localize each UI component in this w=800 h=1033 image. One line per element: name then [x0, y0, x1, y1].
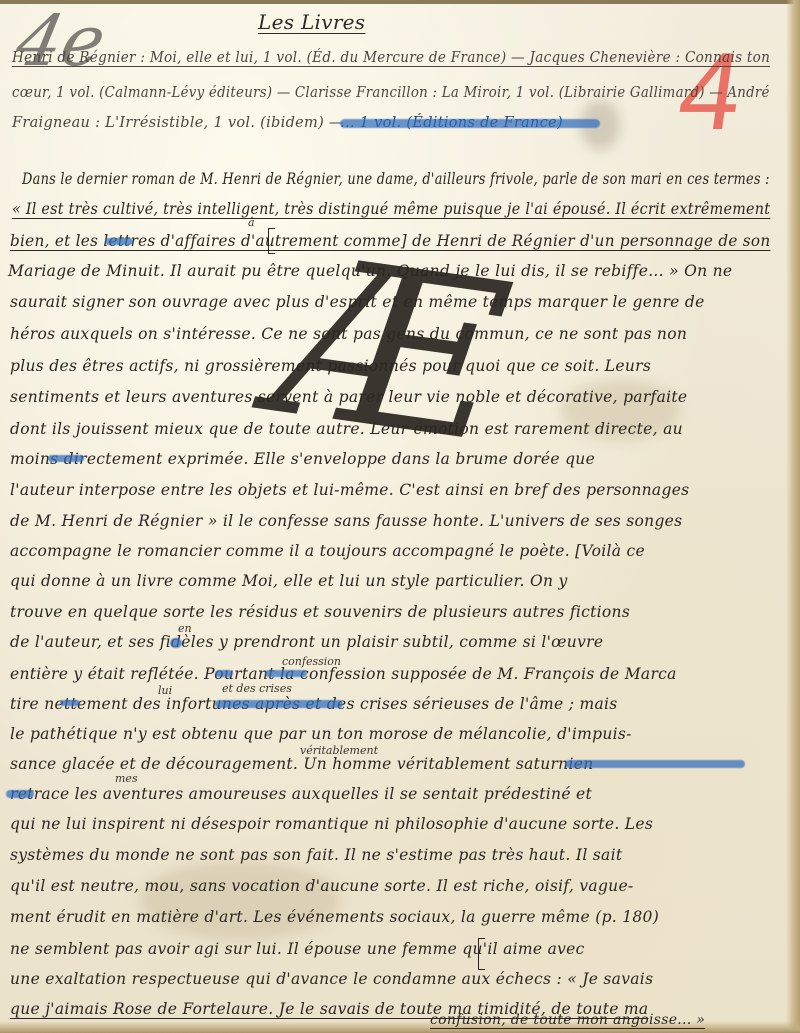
- body-line: accompagne le romancier comme il a toujo…: [10, 542, 645, 560]
- body-line: le pathétique n'y est obtenu que par un …: [10, 725, 632, 743]
- interlinear-insertion: â: [248, 216, 255, 229]
- page-top-edge: [0, 0, 800, 4]
- body-line: ne semblent pas avoir agi sur lui. Il ép…: [10, 940, 585, 958]
- body-line: « Il est très cultivé, très intelligent,…: [12, 200, 770, 218]
- blue-strikethrough: [340, 119, 600, 128]
- body-line: retrace les aventures amoureuses auxquel…: [10, 785, 592, 803]
- reference-line: Henri de Régnier : Moi, elle et lui, 1 v…: [12, 50, 770, 66]
- blue-strikethrough: [105, 238, 133, 245]
- reference-line: cœur, 1 vol. (Calmann-Lévy éditeurs) — C…: [12, 85, 770, 101]
- blue-strikethrough: [265, 670, 307, 677]
- body-line: entière y était reflétée. Pourtant la co…: [10, 665, 677, 683]
- blue-strikethrough: [215, 700, 343, 708]
- paper-stain: [140, 860, 340, 940]
- body-line: qui donne à un livre comme Moi, elle et …: [10, 572, 568, 590]
- body-line: plus des êtres actifs, ni grossièrement …: [10, 357, 651, 375]
- body-line: trouve en quelque sorte les résidus et s…: [10, 603, 630, 621]
- body-line: qui ne lui inspirent ni désespoir romant…: [10, 815, 653, 833]
- body-line: de M. Henri de Régnier » il le confesse …: [10, 512, 682, 530]
- body-line: de l'auteur, et ses fidèles y prendront …: [10, 633, 603, 651]
- body-line: Dans le dernier roman de M. Henri de Rég…: [22, 170, 770, 188]
- body-line: saurait signer son ouvrage avec plus d'e…: [10, 293, 705, 311]
- body-line: Mariage de Minuit. Il aurait pu être que…: [8, 262, 732, 280]
- body-line: une exaltation respectueuse qui d'avance…: [10, 970, 653, 988]
- reference-line: Fraigneau : L'Irrésistible, 1 vol. (ibid…: [12, 115, 344, 131]
- insertion-bracket: [478, 938, 485, 970]
- body-line: dont ils jouissent mieux que de toute au…: [10, 420, 683, 438]
- blue-strikethrough: [6, 790, 34, 798]
- body-line: héros auxquels on s'intéresse. Ce ne son…: [10, 325, 687, 343]
- manuscript-page: 4e 4 Æ Les Livres Henri de Régnier : Moi…: [0, 0, 800, 1033]
- body-line: moins directement exprimée. Elle s'envel…: [10, 450, 595, 468]
- page-right-edge: [786, 0, 800, 1033]
- body-line: ment érudit en matière d'art. Les événem…: [10, 908, 659, 926]
- body-line: confusion, de toute mon angoisse... »: [430, 1012, 705, 1028]
- body-line: sance glacée et de découragement. Un hom…: [10, 755, 593, 773]
- body-line: qu'il est neutre, mou, sans vocation d'a…: [10, 877, 633, 895]
- pencil-margin-mark: 4e: [9, 0, 112, 82]
- interlinear-insertion: mes: [115, 772, 138, 785]
- blue-strikethrough: [48, 455, 84, 462]
- body-line: systèmes du monde ne sont pas son fait. …: [10, 846, 622, 864]
- page-title: Les Livres: [258, 10, 365, 34]
- blue-strikethrough: [565, 760, 745, 768]
- body-line: sentiments et leurs aventures servent à …: [10, 388, 687, 406]
- blue-strikethrough: [215, 670, 233, 677]
- interlinear-insertion: et des crises: [222, 682, 292, 695]
- blue-ink-blot: [170, 638, 182, 648]
- blue-strikethrough: [60, 700, 80, 706]
- body-line: l'auteur interpose entre les objets et l…: [10, 481, 689, 499]
- insertion-bracket: [268, 228, 275, 254]
